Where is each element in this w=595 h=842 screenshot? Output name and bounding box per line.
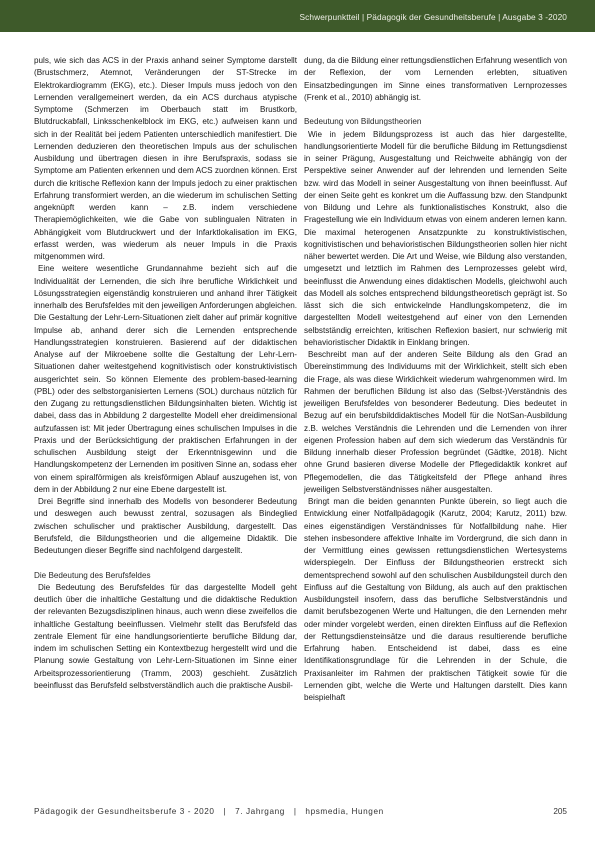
- body-paragraph: puls, wie sich das ACS in der Praxis anh…: [34, 55, 297, 263]
- left-text-column: puls, wie sich das ACS in der Praxis anh…: [34, 55, 297, 692]
- footer-separator: |: [294, 807, 297, 816]
- right-text-column: dung, da die Bildung einer rettungsdiens…: [304, 55, 567, 704]
- body-paragraph: Beschreibt man auf der anderen Seite Bil…: [304, 349, 567, 496]
- body-paragraph: Drei Begriffe sind innerhalb des Modells…: [34, 496, 297, 557]
- page-footer: Pädagogik der Gesundheitsberufe 3 - 2020…: [34, 807, 567, 816]
- body-paragraph: Eine weitere wesentliche Grundannahme be…: [34, 263, 297, 496]
- page-number: 205: [553, 807, 567, 816]
- running-header-bar: Schwerpunktteil | Pädagogik der Gesundhe…: [0, 0, 595, 32]
- body-paragraph: Die Bedeutung des Berufsfeldes für das d…: [34, 582, 297, 692]
- section-subheading: Die Bedeutung des Berufsfeldes: [34, 570, 297, 582]
- footer-volume: 7. Jahrgang: [235, 807, 285, 816]
- footer-separator: |: [223, 807, 226, 816]
- footer-journal: Pädagogik der Gesundheitsberufe 3 - 2020: [34, 807, 215, 816]
- running-header-title: Schwerpunktteil | Pädagogik der Gesundhe…: [300, 12, 567, 22]
- body-paragraph: Wie in jedem Bildungsprozess ist auch da…: [304, 129, 567, 350]
- footer-publisher: hpsmedia, Hungen: [305, 807, 383, 816]
- body-paragraph: Bringt man die beiden genannten Punkte ü…: [304, 496, 567, 704]
- body-paragraph: dung, da die Bildung einer rettungsdiens…: [304, 55, 567, 104]
- section-subheading: Bedeutung von Bildungstheorien: [304, 116, 567, 128]
